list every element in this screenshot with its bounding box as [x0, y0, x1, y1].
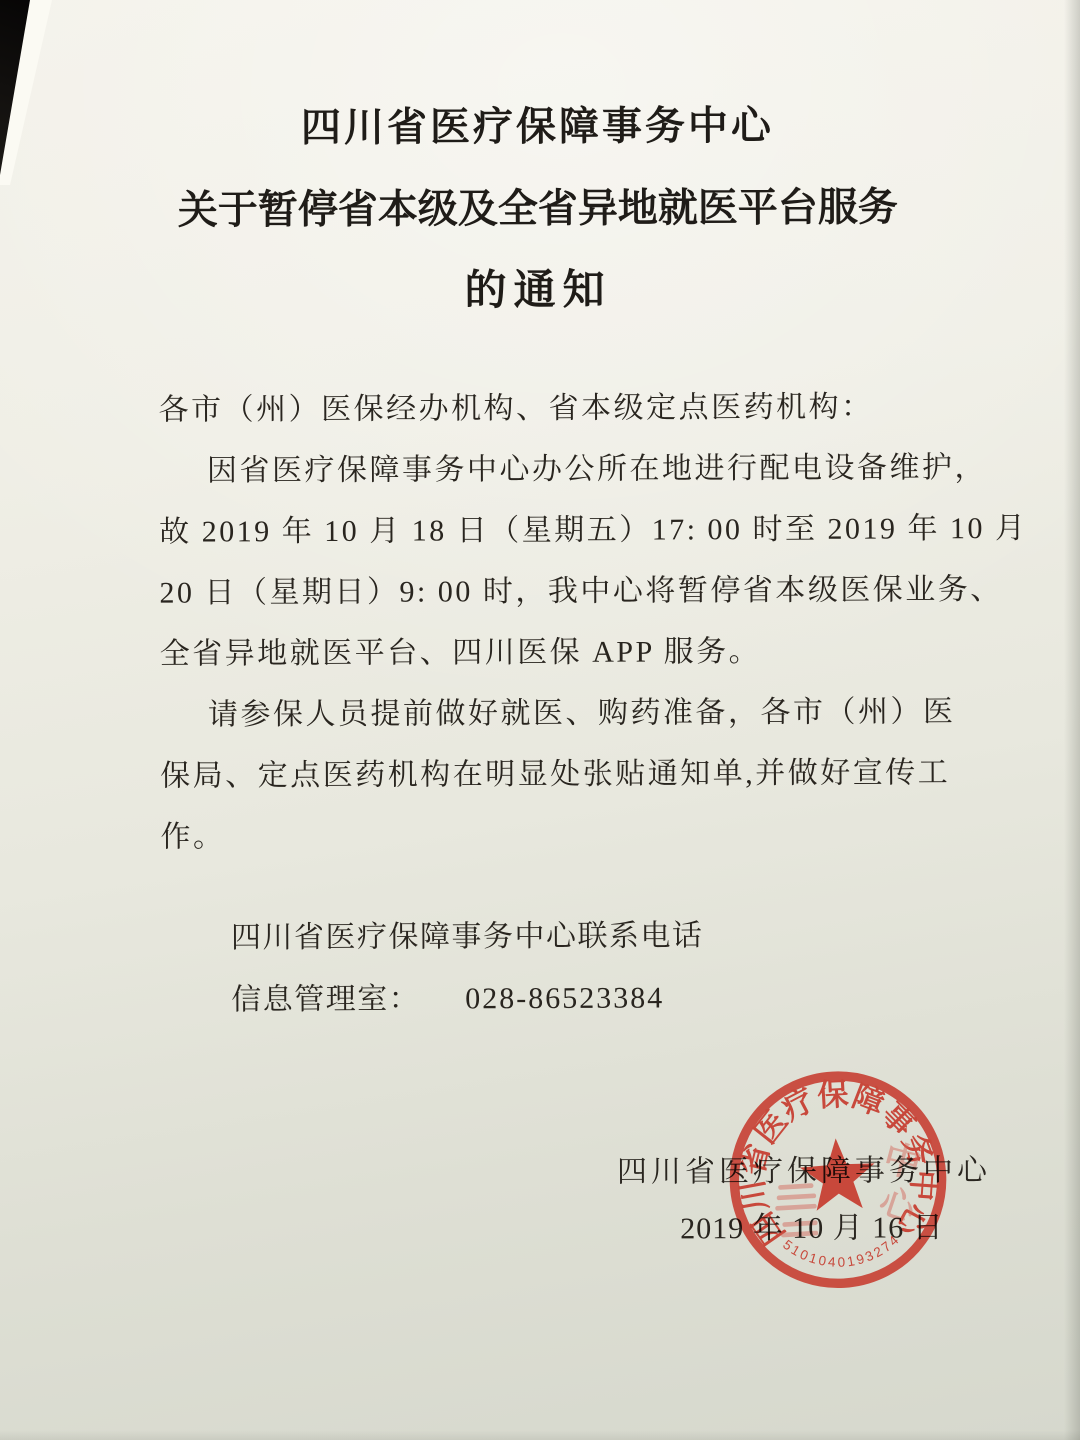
contact-phone-number: 028-86523384: [465, 967, 664, 1030]
notice-title: 四川省医疗保障事务中心 关于暂停省本级及全省异地就医平台服务 的通知: [0, 84, 1078, 335]
title-subject-line: 关于暂停省本级及全省异地就医平台服务: [0, 166, 1078, 253]
paper-right-edge-shadow: [1064, 0, 1080, 1440]
body-line: 故 2019 年 10 月 18 日（星期五）17: 00 时至 2019 年 …: [159, 498, 915, 562]
seal-star-icon: [798, 1136, 877, 1211]
paper-bottom-edge-shadow: [0, 1430, 1080, 1440]
body-line: 作。: [160, 803, 916, 867]
body-line: 保局、定点医药机构在明显处张贴通知单,并做好宣传工: [160, 742, 916, 806]
body-line: 全省异地就医平台、四川医保 APP 服务。: [160, 620, 916, 684]
notice-body: 各市（州）医保经办机构、省本级定点医药机构： 因省医疗保障事务中心办公所在地进行…: [159, 376, 917, 867]
contact-dept-label: 信息管理室：: [231, 969, 420, 1032]
notice-page: 四川省医疗保障事务中心 关于暂停省本级及全省异地就医平台服务 的通知 各市（州）…: [0, 0, 1080, 1440]
salutation-line: 各市（州）医保经办机构、省本级定点医药机构：: [159, 376, 915, 440]
body-line: 请参保人员提前做好就医、购药准备，各市（州）医: [160, 681, 916, 745]
title-notice-line: 的通知: [0, 248, 1078, 335]
body-line: 因省医疗保障事务中心办公所在地进行配电设备维护，: [159, 437, 915, 501]
contact-block: 四川省医疗保障事务中心联系电话 信息管理室： 028-86523384: [231, 905, 704, 1031]
body-line: 20 日（星期日）9: 00 时，我中心将暂停省本级医保业务、: [159, 559, 915, 623]
document-photo: 四川省医疗保障事务中心 关于暂停省本级及全省异地就医平台服务 的通知 各市（州）…: [0, 0, 1080, 1440]
contact-heading: 四川省医疗保障事务中心联系电话: [231, 905, 704, 969]
contact-phone-row: 信息管理室： 028-86523384: [231, 967, 704, 1031]
title-org-line: 四川省医疗保障事务中心: [0, 84, 1078, 171]
official-seal: 四川省医疗保障事务中心 5101040193274 中 心: [718, 1059, 959, 1300]
